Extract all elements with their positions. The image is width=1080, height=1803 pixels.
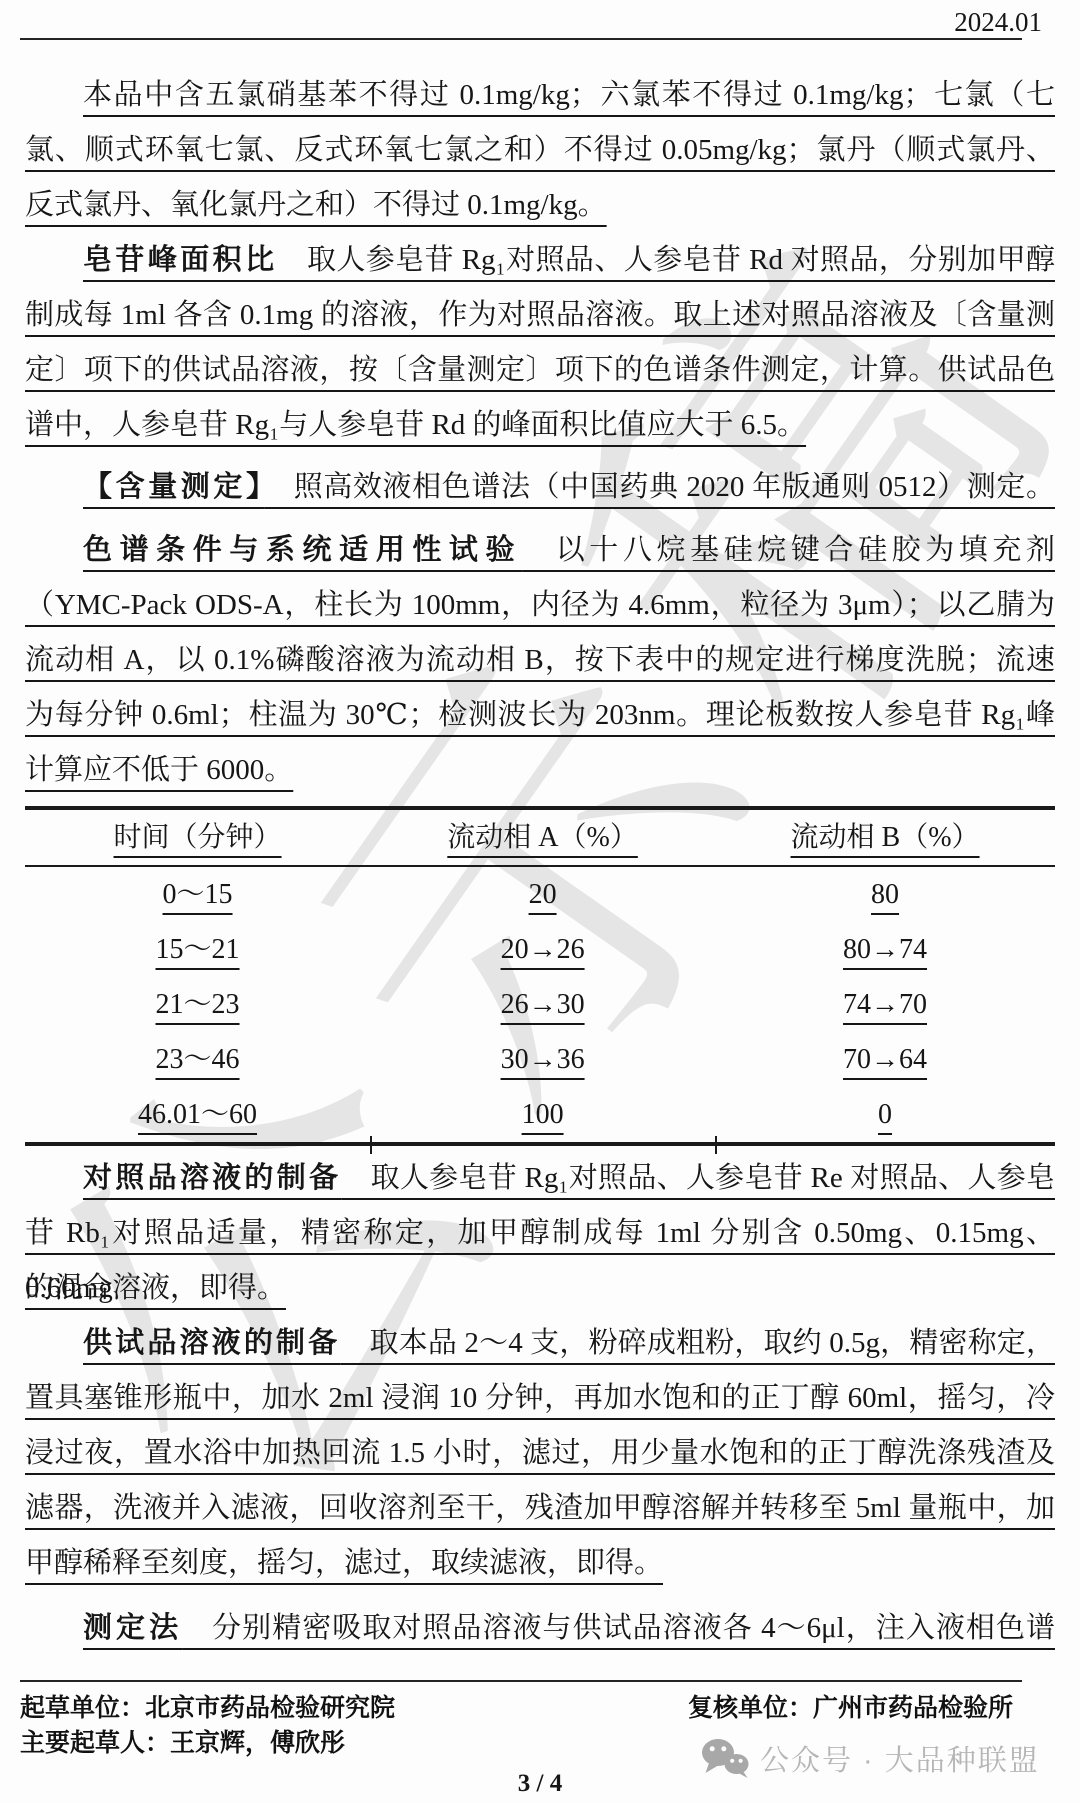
doc-line: 反式氯丹、氧化氯丹之和）不得过 0.1mg/kg。 — [25, 178, 1055, 233]
column-divider-tick — [370, 1136, 372, 1154]
doc-line: 制成每 1ml 各含 0.1mg 的溶液，作为对照品溶液。取上述对照品溶液及〔含… — [25, 288, 1055, 343]
header-rule — [20, 38, 1022, 40]
heading-lead: 【含量测定】 — [83, 471, 264, 503]
doc-line: 测定法 分别精密吸取对照品溶液与供试品溶液各 4～6μl，注入液相色谱 — [25, 1601, 1055, 1656]
table-header-cell: 流动相 B（%） — [715, 810, 1055, 865]
doc-paragraph: 【含量测定】 照高效液相色谱法（中国药典 2020 年版通则 0512）测定。 — [25, 460, 1055, 515]
cell-value: 26→30 — [501, 989, 585, 1020]
table-cell: 46.01～60 — [25, 1087, 370, 1142]
doc-line: 置具塞锥形瓶中，加水 2ml 浸润 10 分钟，再加水饱和的正丁醇 60ml，摇… — [25, 1371, 1055, 1426]
cell-value: 70→64 — [843, 1044, 927, 1075]
table-cell: 0 — [715, 1087, 1055, 1142]
cell-value: 0～15 — [163, 879, 233, 910]
cell-value: 20→26 — [501, 934, 585, 965]
doc-line: （YMC-Pack ODS-A，柱长为 100mm，内径为 4.6mm，粒径为 … — [25, 578, 1055, 633]
cell-value: 80 — [871, 879, 899, 910]
doc-line: 流动相 A，以 0.1%磷酸溶液为流动相 B，按下表中的规定进行梯度洗脱；流速 — [25, 633, 1055, 688]
doc-line: 氯、顺式环氧七氯、反式环氧七氯之和）不得过 0.05mg/kg；氯丹（顺式氯丹、 — [25, 123, 1055, 178]
page-root: { "meta": { "date": "2024.01", "page_num… — [0, 0, 1080, 1803]
doc-line: 对照品溶液的制备 取人参皂苷 Rg₁对照品、人参皂苷 Re 对照品、人参皂 — [25, 1151, 1055, 1206]
table-cell: 0～15 — [25, 867, 370, 922]
doc-line: 滤器，洗液并入滤液，回收溶剂至干，残渣加甲醇溶解并转移至 5ml 量瓶中，加 — [25, 1481, 1055, 1536]
heading-lead: 皂苷峰面积比 — [83, 244, 278, 276]
cell-value: 100 — [522, 1099, 564, 1130]
cell-value: 74→70 — [843, 989, 927, 1020]
table-cell: 15～21 — [25, 922, 370, 977]
doc-line: 谱中，人参皂苷 Rg₁与人参皂苷 Rd 的峰面积比值应大于 6.5。 — [25, 398, 1055, 453]
doc-line: 【含量测定】 照高效液相色谱法（中国药典 2020 年版通则 0512）测定。 — [25, 460, 1055, 515]
cell-value: 46.01～60 — [138, 1099, 257, 1130]
table-row: 23～4630→3670→64 — [25, 1032, 1055, 1087]
heading-lead: 色谱条件与系统适用性试验 — [83, 534, 522, 566]
doc-paragraph: 测定法 分别精密吸取对照品溶液与供试品溶液各 4～6μl，注入液相色谱 — [25, 1601, 1055, 1656]
table-cell: 100 — [370, 1087, 715, 1142]
cell-value: 23～46 — [156, 1044, 240, 1075]
table-cell: 23～46 — [25, 1032, 370, 1087]
doc-paragraph: 皂苷峰面积比 取人参皂苷 Rg₁对照品、人参皂苷 Rd 对照品，分别加甲醇制成每… — [25, 233, 1055, 453]
doc-line: 色谱条件与系统适用性试验 以十八烷基硅烷键合硅胶为填充剂 — [25, 523, 1055, 578]
table-row: 21～2326→3074→70 — [25, 977, 1055, 1032]
doc-body: 本品中含五氯硝基苯不得过 0.1mg/kg；六氯苯不得过 0.1mg/kg；七氯… — [25, 68, 1055, 1656]
table-cell: 74→70 — [715, 977, 1055, 1032]
cell-value: 15～21 — [156, 934, 240, 965]
table-cell: 20→26 — [370, 922, 715, 977]
main-drafters-text: 主要起草人：王京辉，傅欣彤 — [20, 1723, 345, 1759]
doc-line: 为每分钟 0.6ml；柱温为 30℃；检测波长为 203nm。理论板数按人参皂苷… — [25, 688, 1055, 743]
cell-value: 0 — [878, 1099, 892, 1130]
cell-value: 21～23 — [156, 989, 240, 1020]
footer-rule — [20, 1680, 1022, 1682]
table-cell: 80 — [715, 867, 1055, 922]
table-row: 46.01～601000 — [25, 1087, 1055, 1142]
doc-line: 浸过夜，置水浴中加热回流 1.5 小时，滤过，用少量水饱和的正丁醇洗涤残渣及 — [25, 1426, 1055, 1481]
table-cell: 80→74 — [715, 922, 1055, 977]
heading-lead: 测定法 — [83, 1612, 182, 1644]
cell-value: 30→36 — [501, 1044, 585, 1075]
doc-paragraph: 色谱条件与系统适用性试验 以十八烷基硅烷键合硅胶为填充剂（YMC-Pack OD… — [25, 523, 1055, 798]
doc-paragraph: 本品中含五氯硝基苯不得过 0.1mg/kg；六氯苯不得过 0.1mg/kg；七氯… — [25, 68, 1055, 233]
doc-line: 的混合溶液，即得。 — [25, 1261, 1055, 1316]
column-divider-tick — [715, 1136, 717, 1154]
gradient-elution-table: 时间（分钟）流动相 A（%）流动相 B（%）0～15208015～2120→26… — [25, 806, 1055, 1146]
table-cell: 30→36 — [370, 1032, 715, 1087]
cell-value: 流动相 A（%） — [447, 822, 638, 853]
doc-line: 甲醇稀释至刻度，摇匀，滤过，取续滤液，即得。 — [25, 1536, 1055, 1591]
cell-value: 20 — [529, 879, 557, 910]
table-row: 15～2120→2680→74 — [25, 922, 1055, 977]
table-header-cell: 流动相 A（%） — [370, 810, 715, 865]
doc-line: 苷 Rb₁对照品适量，精密称定，加甲醇制成每 1ml 分别含 0.50mg、0.… — [25, 1206, 1055, 1261]
cell-value: 80→74 — [843, 934, 927, 965]
page-number: 3 / 4 — [0, 1770, 1080, 1798]
doc-paragraph: 供试品溶液的制备 取本品 2～4 支，粉碎成粗粉，取约 0.5g，精密称定，置具… — [25, 1316, 1055, 1591]
heading-lead: 供试品溶液的制备 — [83, 1327, 340, 1359]
table-header-row: 时间（分钟）流动相 A（%）流动相 B（%） — [25, 810, 1055, 867]
review-unit-text: 复核单位：广州市药品检验所 — [688, 1688, 1013, 1724]
doc-line: 皂苷峰面积比 取人参皂苷 Rg₁对照品、人参皂苷 Rd 对照品，分别加甲醇 — [25, 233, 1055, 288]
doc-line: 供试品溶液的制备 取本品 2～4 支，粉碎成粗粉，取约 0.5g，精密称定， — [25, 1316, 1055, 1371]
doc-paragraph: 对照品溶液的制备 取人参皂苷 Rg₁对照品、人参皂苷 Re 对照品、人参皂苷 R… — [25, 1151, 1055, 1316]
doc-line: 定〕项下的供试品溶液，按〔含量测定〕项下的色谱条件测定，计算。供试品色 — [25, 343, 1055, 398]
cell-value: 时间（分钟） — [114, 822, 282, 853]
heading-lead: 对照品溶液的制备 — [83, 1162, 341, 1194]
table-cell: 20 — [370, 867, 715, 922]
page-date: 2024.01 — [954, 7, 1042, 38]
drafting-unit-text: 起草单位：北京市药品检验研究院 — [20, 1688, 395, 1724]
doc-line: 本品中含五氯硝基苯不得过 0.1mg/kg；六氯苯不得过 0.1mg/kg；七氯… — [25, 68, 1055, 123]
doc-line: 计算应不低于 6000。 — [25, 743, 1055, 798]
table-cell: 21～23 — [25, 977, 370, 1032]
table-cell: 26→30 — [370, 977, 715, 1032]
cell-value: 流动相 B（%） — [791, 822, 980, 853]
table-cell: 70→64 — [715, 1032, 1055, 1087]
table-header-cell: 时间（分钟） — [25, 810, 370, 865]
table-row: 0～152080 — [25, 867, 1055, 922]
